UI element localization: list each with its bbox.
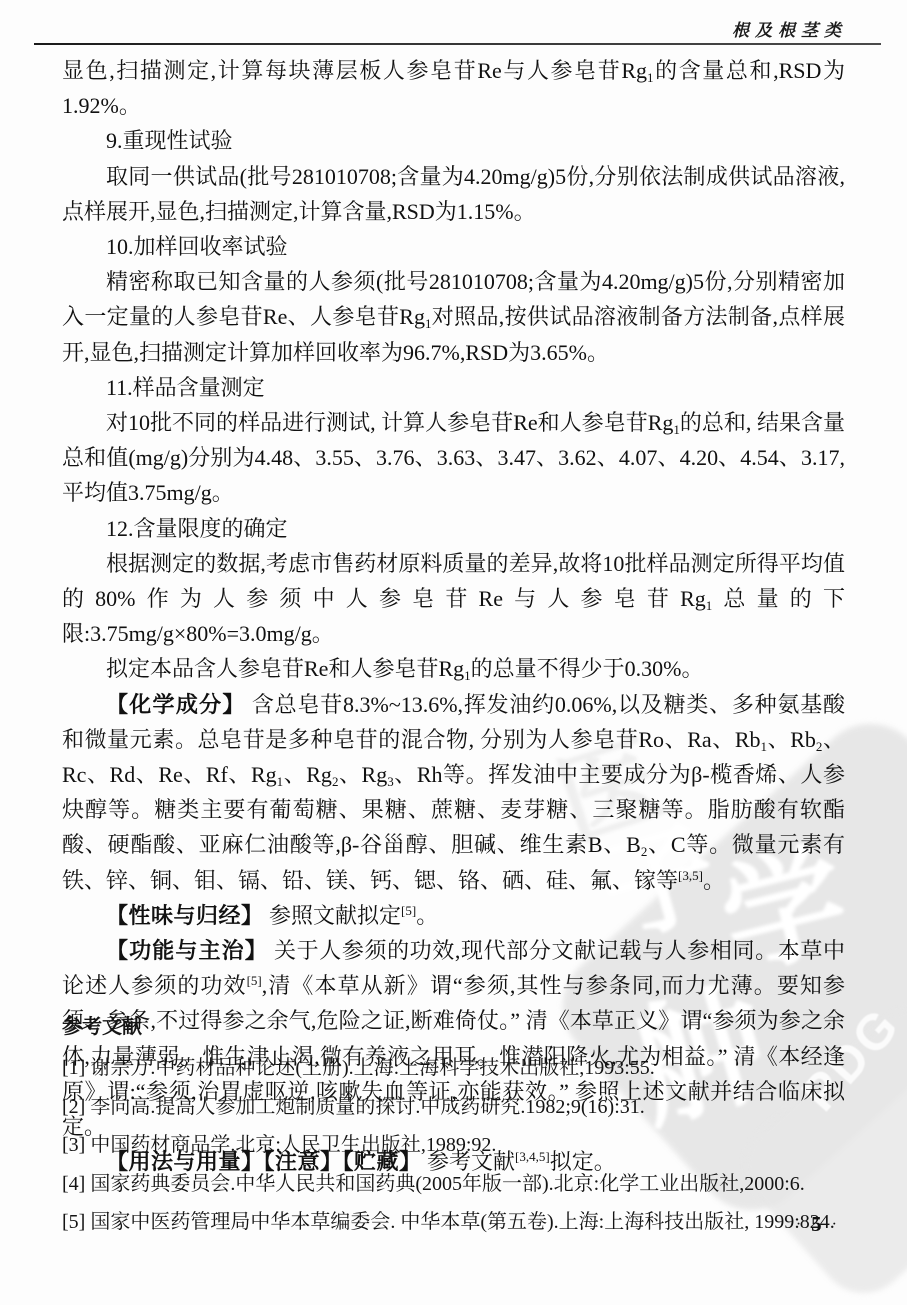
text-run: 。: [416, 903, 438, 928]
section-label: 【功能与主治】: [106, 938, 268, 963]
running-header-title: 根及根茎类: [732, 16, 847, 41]
text-run: 12.含量限度的确定: [106, 516, 288, 541]
paragraph: 拟定本品含人参皂苷Re和人参皂苷Rg1的总量不得少于0.30%。: [62, 651, 845, 686]
text-run: 10.加样回收率试验: [106, 234, 288, 259]
paragraph: 显色,扫描测定,计算每块薄层板人参皂苷Re与人参皂苷Rg1的含量总和,RSD为1…: [62, 53, 845, 123]
page-number-value: 5: [811, 1212, 822, 1236]
text-run: 拟定本品含人参皂苷Re和人参皂苷Rg: [106, 656, 464, 681]
header-rule: [34, 43, 881, 45]
references-section: 参考文献 [1] 谢宗万.中药材品种论述(上册).上海:上海科学技术出版社,19…: [62, 1010, 852, 1242]
paragraph: 取同一供试品(批号281010708;含量为4.20mg/g)5份,分别依法制成…: [62, 159, 845, 229]
text-run: 显色,扫描测定,计算每块薄层板人参皂苷Re与人参皂苷Rg: [62, 58, 647, 83]
text-run: 、Rb: [767, 727, 816, 752]
page-number-dot: ·: [786, 1216, 811, 1233]
paragraph: 精密称取已知含量的人参须(批号281010708;含量为4.20mg/g)5份,…: [62, 264, 845, 370]
text-run: 11.样品含量测定: [106, 375, 265, 400]
scanned-book-page: 子学舯医 PDG 根及根茎类 显色,扫描测定,计算每块薄层板人参皂苷Re与人参皂…: [0, 0, 907, 1305]
citation-superscript: [5]: [247, 973, 262, 988]
reference-list: [1] 谢宗万.中药材品种论述(上册).上海:上海科学技术出版社,1993:55…: [62, 1049, 852, 1242]
text-run: 9.重现性试验: [106, 128, 233, 153]
text-run: 取同一供试品(批号281010708;含量为4.20mg/g)5份,分别依法制成…: [62, 164, 845, 224]
citation-superscript: [3,5]: [678, 868, 703, 883]
paragraph: 11.样品含量测定: [62, 370, 845, 405]
text-run: 。: [703, 868, 725, 893]
paragraph: 9.重现性试验: [62, 123, 845, 158]
references-heading: 参考文献: [62, 1010, 852, 1039]
citation-superscript: [5]: [401, 903, 416, 918]
reference-item: [5] 国家中医药管理局中华本草编委会. 中华本草(第五卷).上海:上海科技出版…: [62, 1203, 852, 1242]
section-label: 【化学成分】: [106, 692, 246, 717]
reference-item: [3] 中国药材商品学.北京:人民卫生出版社,1989:92.: [62, 1126, 852, 1165]
reference-item: [1] 谢宗万.中药材品种论述(上册).上海:上海科学技术出版社,1993:55…: [62, 1049, 852, 1088]
text-run: 、Rg: [338, 762, 387, 787]
reference-item: [4] 国家药典委员会.中华人民共和国药典(2005年版一部).北京:化学工业出…: [62, 1165, 852, 1204]
section-label: 【性味与归经】: [106, 903, 264, 928]
page-number-dot: ·: [822, 1216, 847, 1233]
paragraph: 根据测定的数据,考虑市售药材原料质量的差异,故将10批样品测定所得平均值的80%…: [62, 546, 845, 652]
text-run: 的总量不得少于0.30%。: [471, 656, 704, 681]
paragraph: 对10批不同的样品进行测试, 计算人参皂苷Re和人参皂苷Rg1的总和, 结果含量…: [62, 405, 845, 511]
paragraph: 12.含量限度的确定: [62, 511, 845, 546]
reference-item: [2] 李向高.提高人参加工炮制质量的探讨.中成药研究.1982;9(16):3…: [62, 1088, 852, 1127]
paragraph: 【化学成分】 含总皂苷8.3%~13.6%,挥发油约0.06%,以及糖类、多种氨…: [62, 687, 845, 898]
paragraph: 【性味与归经】 参照文献拟定[5]。: [62, 898, 845, 933]
text-run: 对10批不同的样品进行测试, 计算人参皂苷Re和人参皂苷Rg: [106, 410, 673, 435]
page-number: ·5·: [786, 1212, 847, 1237]
text-run: 参照文献拟定: [264, 903, 402, 928]
paragraph: 10.加样回收率试验: [62, 229, 845, 264]
text-run: 、Rg: [283, 762, 332, 787]
